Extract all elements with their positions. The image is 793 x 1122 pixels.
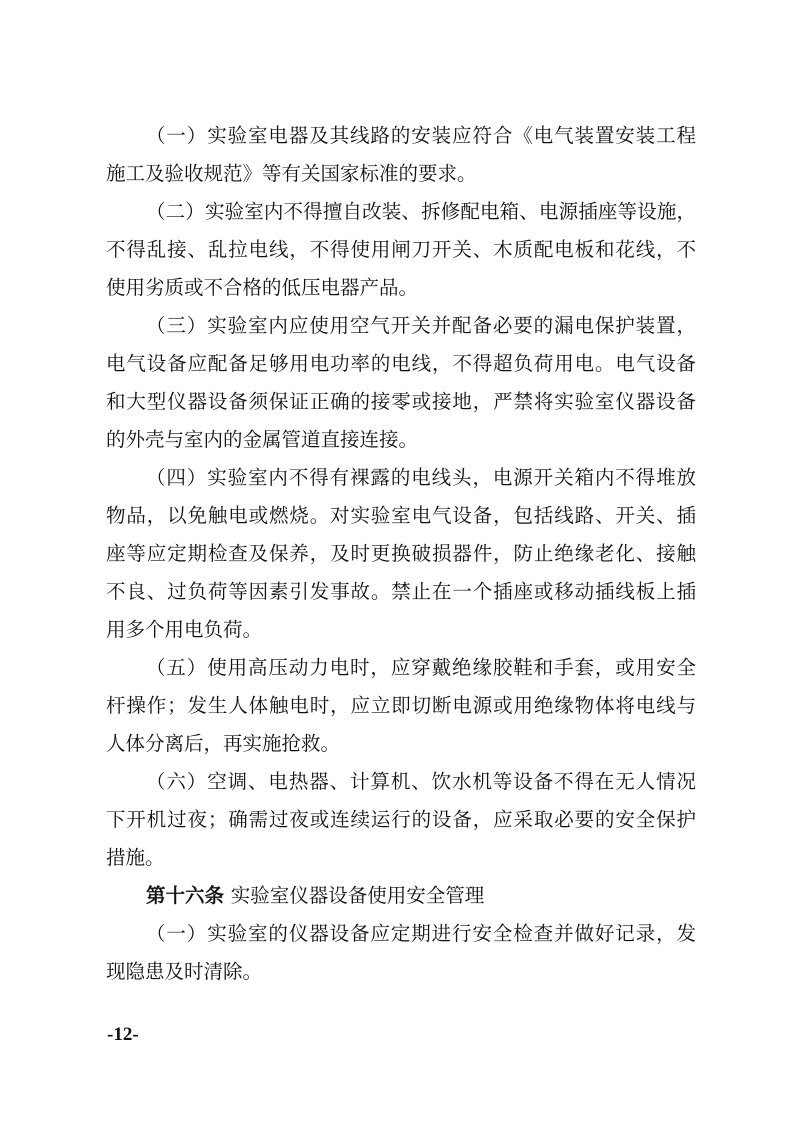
paragraph-line: 措施。 — [106, 839, 165, 877]
paragraph-line: （六）空调、电热器、计算机、饮水机等设备不得在无人情况 — [106, 763, 696, 801]
paragraph-line: 下开机过夜；确需过夜或连续运行的设备，应采取必要的安全保护 — [106, 801, 696, 839]
paragraph-line: 的外壳与室内的金属管道直接连接。 — [106, 421, 418, 459]
paragraph-line: 施工及验收规范》等有关国家标准的要求。 — [106, 155, 477, 193]
paragraph-line: 物品，以免触电或燃烧。对实验室电气设备，包括线路、开关、插 — [106, 497, 696, 535]
article-number: 第十六条 — [146, 884, 231, 907]
article-heading: 第十六条 实验室仪器设备使用安全管理 — [106, 877, 484, 915]
paragraph-line: （一）实验室电器及其线路的安装应符合《电气装置安装工程 — [106, 117, 696, 155]
paragraph-line: 不得乱接、乱拉电线，不得使用闸刀开关、木质配电板和花线，不 — [106, 231, 696, 269]
paragraph-line: 座等应定期检查及保养，及时更换破损器件，防止绝缘老化、接触 — [106, 535, 696, 573]
paragraph-line: 现隐患及时清除。 — [106, 953, 262, 991]
paragraph-line: 不良、过负荷等因素引发事故。禁止在一个插座或移动插线板上插 — [106, 573, 696, 611]
paragraph-line: 人体分离后，再实施抢救。 — [106, 725, 340, 763]
page-number: -12- — [107, 1024, 139, 1046]
article-title: 实验室仪器设备使用安全管理 — [231, 884, 485, 907]
paragraph-line: （一）实验室的仪器设备应定期进行安全检查并做好记录，发 — [106, 915, 696, 953]
paragraph-line: 电气设备应配备足够用电功率的电线，不得超负荷用电。电气设备 — [106, 345, 696, 383]
paragraph-line: 杆操作；发生人体触电时，应立即切断电源或用绝缘物体将电线与 — [106, 687, 696, 725]
paragraph-line: 用多个用电负荷。 — [106, 611, 262, 649]
paragraph-line: 和大型仪器设备须保证正确的接零或接地，严禁将实验室仪器设备 — [106, 383, 696, 421]
paragraph-line: （二）实验室内不得擅自改装、拆修配电箱、电源插座等设施， — [106, 193, 696, 231]
paragraph-line: 使用劣质或不合格的低压电器产品。 — [106, 269, 418, 307]
paragraph-line: （三）实验室内应使用空气开关并配备必要的漏电保护装置， — [106, 307, 696, 345]
paragraph-line: （四）实验室内不得有裸露的电线头，电源开关箱内不得堆放 — [106, 459, 696, 497]
paragraph-line: （五）使用高压动力电时，应穿戴绝缘胶鞋和手套，或用安全 — [106, 649, 696, 687]
